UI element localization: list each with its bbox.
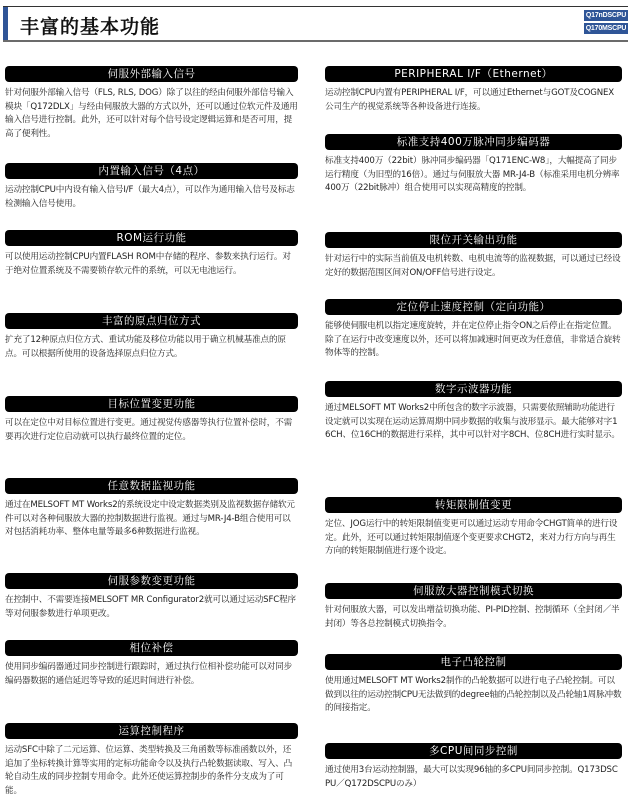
- section-text: 针对运行中的实际当前值及电机转数、电机电流等的监视数据，可以通过已经设定好的数据…: [325, 253, 622, 280]
- section-title: 伺服外部输入信号: [5, 66, 298, 82]
- section-data-monitor: 任意数据监视功能 通过在MELSOFT MT Works2的系统设定中设定数据类…: [5, 478, 298, 540]
- section-text: 可以在定位中对目标位置进行变更。通过视觉传感器等执行位置补偿时，不需要再次进行定…: [5, 417, 298, 444]
- section-title: 转矩限制值变更: [325, 497, 622, 513]
- section-text: 运动SFC中除了二元运算、位运算、类型转换及三角函数等标准函数以外，还追加了坐标…: [5, 744, 298, 798]
- section-text: 定位、JOG运行中的转矩限制值变更可以通过运动专用命令CHGT简单的进行设定。此…: [325, 518, 622, 559]
- section-title: 多CPU间同步控制: [325, 743, 622, 759]
- header-accent-bar: [3, 7, 8, 40]
- section-title: 限位开关输出功能: [325, 232, 622, 248]
- section-servo-parameter-change: 伺服参数变更功能 在控制中、不需要连接MELSOFT MR Configurat…: [5, 573, 298, 621]
- section-servo-external-input: 伺服外部输入信号 针对伺服外部输入信号（FLS, RLS, DOG）除了以往的经…: [5, 66, 298, 141]
- section-title: 内置输入信号（4点）: [5, 163, 298, 179]
- section-text: 在控制中、不需要连接MELSOFT MR Configurator2就可以通过运…: [5, 594, 298, 621]
- section-title: 相位补偿: [5, 640, 298, 656]
- section-electronic-cam: 电子凸轮控制 使用通过MELSOFT MT Works2制作的凸轮数据可以进行电…: [325, 654, 622, 716]
- section-text: 通过在MELSOFT MT Works2的系统设定中设定数据类别及监视数据存储软…: [5, 499, 298, 540]
- badge-q17nds: Q17nDSCPU: [584, 10, 628, 21]
- section-text: 通过使用3台运动控制器，最大可以实现96轴的多CPU间同步控制。Q173DSCP…: [325, 764, 622, 791]
- section-text: 运动控制CPU中内设有输入信号I/F（最大4点），可以作为通用输入信号及标志检测…: [5, 184, 298, 211]
- section-text: 运动控制CPU内置有PERIPHERAL I/F，可以通过Ethernet与GO…: [325, 87, 622, 114]
- section-home-position-return: 丰富的原点归位方式 扩充了12种原点归位方式、重试功能及移位功能以用于确立机械基…: [5, 313, 298, 361]
- section-title: 伺服放大器控制模式切换: [325, 583, 622, 599]
- section-text: 能够使伺服电机以指定速度旋转，并在定位停止指令ON之后停止在指定位置。除了在运行…: [325, 320, 622, 361]
- cpu-badges: Q17nDSCPU Q170MSCPU: [584, 10, 628, 36]
- section-title: 电子凸轮控制: [325, 654, 622, 670]
- section-text: 针对伺服放大器，可以发出增益切换功能、PI-PID控制、控制循环（全封闭／半封闭…: [325, 604, 622, 631]
- section-text: 针对伺服外部输入信号（FLS, RLS, DOG）除了以往的经由伺服外部信号输入…: [5, 87, 298, 141]
- section-text: 使用通过MELSOFT MT Works2制作的凸轮数据可以进行电子凸轮控制。可…: [325, 675, 622, 716]
- section-title: 数字示波器功能: [325, 381, 622, 397]
- section-multi-cpu-sync: 多CPU间同步控制 通过使用3台运动控制器，最大可以实现96轴的多CPU间同步控…: [325, 743, 622, 791]
- section-title: 运算控制程序: [5, 723, 298, 739]
- section-title: 丰富的原点归位方式: [5, 313, 298, 329]
- section-peripheral-if: PERIPHERAL I/F（Ethernet） 运动控制CPU内置有PERIP…: [325, 66, 622, 114]
- section-text: 使用同步编码器通过同步控制进行跟踪时，通过执行位相补偿功能可以对同步编码器数据的…: [5, 661, 298, 688]
- badge-q170ms: Q170MSCPU: [584, 23, 628, 34]
- section-servo-mode-switch: 伺服放大器控制模式切换 针对伺服放大器，可以发出增益切换功能、PI-PID控制、…: [325, 583, 622, 631]
- section-title: 目标位置变更功能: [5, 396, 298, 412]
- section-title: 标准支持400万脉冲同步编码器: [325, 134, 622, 150]
- section-title: 任意数据监视功能: [5, 478, 298, 494]
- section-torque-limit-change: 转矩限制值变更 定位、JOG运行中的转矩限制值变更可以通过运动专用命令CHGT简…: [325, 497, 622, 559]
- section-phase-compensation: 相位补偿 使用同步编码器通过同步控制进行跟踪时，通过执行位相补偿功能可以对同步编…: [5, 640, 298, 688]
- section-title: 定位停止速度控制（定向功能）: [325, 299, 622, 315]
- section-orientation-control: 定位停止速度控制（定向功能） 能够使伺服电机以指定速度旋转，并在定位停止指令ON…: [325, 299, 622, 361]
- section-title: 伺服参数变更功能: [5, 573, 298, 589]
- section-text: 可以使用运动控制CPU内置FLASH ROM中存储的程序、参数来执行运行。对于绝…: [5, 251, 298, 278]
- section-digital-oscilloscope: 数字示波器功能 通过MELSOFT MT Works2中所包含的数字示波器，只需…: [325, 381, 622, 443]
- section-title: PERIPHERAL I/F（Ethernet）: [325, 66, 622, 82]
- section-limit-switch-output: 限位开关输出功能 针对运行中的实际当前值及电机转数、电机电流等的监视数据，可以通…: [325, 232, 622, 280]
- section-text: 标准支持400万（22bit）脉冲同步编码器「Q171ENC-W8」，大幅提高了…: [325, 155, 622, 196]
- section-builtin-input: 内置输入信号（4点） 运动控制CPU中内设有输入信号I/F（最大4点），可以作为…: [5, 163, 298, 211]
- page-title: 丰富的基本功能: [20, 12, 160, 39]
- section-operation-control-program: 运算控制程序 运动SFC中除了二元运算、位运算、类型转换及三角函数等标准函数以外…: [5, 723, 298, 798]
- section-title: ROM运行功能: [5, 230, 298, 246]
- section-target-position-change: 目标位置变更功能 可以在定位中对目标位置进行变更。通过视觉传感器等执行位置补偿时…: [5, 396, 298, 444]
- section-text: 扩充了12种原点归位方式、重试功能及移位功能以用于确立机械基准点的原点。可以根据…: [5, 334, 298, 361]
- section-rom-operation: ROM运行功能 可以使用运动控制CPU内置FLASH ROM中存储的程序、参数来…: [5, 230, 298, 278]
- section-sync-encoder: 标准支持400万脉冲同步编码器 标准支持400万（22bit）脉冲同步编码器「Q…: [325, 134, 622, 196]
- page-header: 丰富的基本功能 Q17nDSCPU Q170MSCPU: [3, 6, 628, 42]
- section-text: 通过MELSOFT MT Works2中所包含的数字示波器，只需要依照辅助功能进…: [325, 402, 622, 443]
